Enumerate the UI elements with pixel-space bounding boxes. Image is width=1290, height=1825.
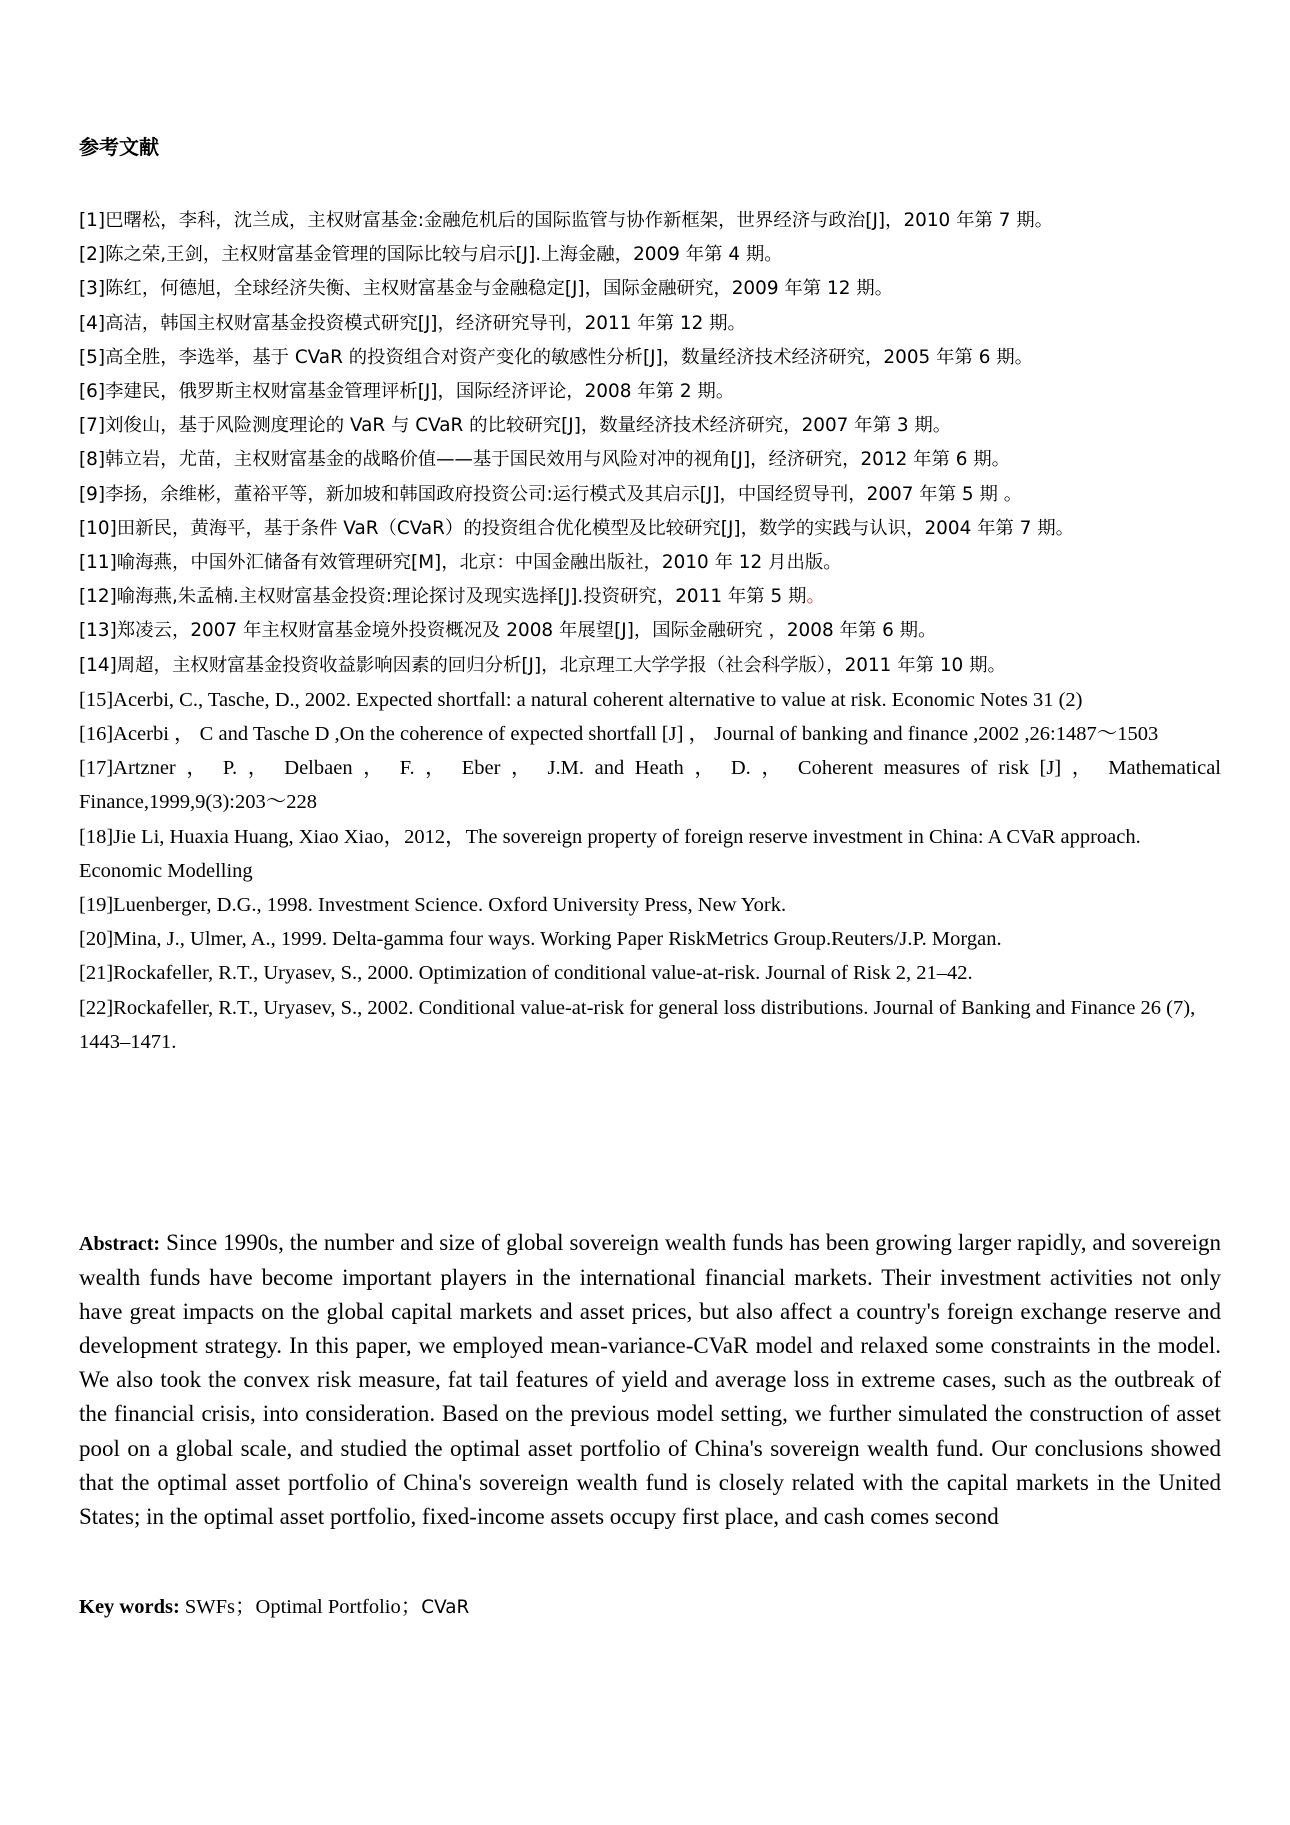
reference-number: [5] xyxy=(79,347,105,368)
keywords-label: Key words: xyxy=(79,1596,180,1618)
reference-item: [5]高全胜，李选举，基于 CVaR 的投资组合对资产变化的敏感性分析[J]，数… xyxy=(79,341,1221,375)
reference-item: [21]Rockafeller, R.T., Uryasev, S., 2000… xyxy=(79,956,1221,990)
reference-text: 李扬，余维彬，董裕平等，新加坡和韩国政府投资公司:运行模式及其启示[J]，中国经… xyxy=(105,484,1022,505)
abstract-label: Abstract: xyxy=(79,1233,160,1255)
reference-number: [12] xyxy=(79,586,117,607)
reference-number: [2] xyxy=(79,244,105,265)
reference-text: Acerbi, C., Tasche, D., 2002. Expected s… xyxy=(113,689,1082,711)
references-heading: 参考文献 xyxy=(79,132,159,162)
reference-text: 陈之荣,王剑，主权财富基金管理的国际比较与启示[J].上海金融，2009 年第 … xyxy=(105,244,783,265)
reference-number: [19] xyxy=(79,894,113,916)
reference-item: [1]巴曙松，李科，沈兰成，主权财富基金:金融危机后的国际监管与协作新框架，世界… xyxy=(79,204,1221,238)
reference-text: 田新民，黄海平，基于条件 VaR（CVaR）的投资组合优化模型及比较研究[J]，… xyxy=(117,518,1074,539)
reference-text: Rockafeller, R.T., Uryasev, S., 2000. Op… xyxy=(113,962,972,984)
keyword-cvar: CVaR xyxy=(421,1597,469,1618)
reference-item: [12]喻海燕,朱孟楠.主权财富基金投资:理论探讨及现实选择[J].投资研究，2… xyxy=(79,580,1221,614)
reference-number: [13] xyxy=(79,620,117,641)
reference-number: [17] xyxy=(79,757,113,779)
reference-text: 高洁，韩国主权财富基金投资模式研究[J]，经济研究导刊，2011 年第 12 期… xyxy=(105,313,746,334)
reference-item: [7]刘俊山，基于风险测度理论的 VaR 与 CVaR 的比较研究[J]，数量经… xyxy=(79,409,1221,443)
keywords-text: SWFs；Optimal Portfolio； xyxy=(180,1596,421,1618)
reference-text: 喻海燕，中国外汇储备有效管理研究[M]，北京：中国金融出版社，2010 年 12… xyxy=(117,552,842,573)
abstract-paragraph: Abstract: Since 1990s, the number and si… xyxy=(79,1226,1221,1534)
reference-number: [8] xyxy=(79,449,105,470)
reference-number: [22] xyxy=(79,997,113,1019)
reference-number: [16] xyxy=(79,723,113,745)
reference-number: [14] xyxy=(79,655,117,676)
reference-number: [18] xyxy=(79,826,113,848)
reference-item: [6]李建民，俄罗斯主权财富基金管理评析[J]，国际经济评论，2008 年第 2… xyxy=(79,375,1221,409)
reference-item: [18]Jie Li, Huaxia Huang, Xiao Xiao，2012… xyxy=(79,820,1221,888)
reference-item: [19]Luenberger, D.G., 1998. Investment S… xyxy=(79,888,1221,922)
red-period-mark: 。 xyxy=(806,586,824,607)
reference-list: [1]巴曙松，李科，沈兰成，主权财富基金:金融危机后的国际监管与协作新框架，世界… xyxy=(79,204,1221,1059)
reference-text: 李建民，俄罗斯主权财富基金管理评析[J]，国际经济评论，2008 年第 2 期。 xyxy=(105,381,734,402)
reference-number: [20] xyxy=(79,928,113,950)
reference-number: [4] xyxy=(79,313,105,334)
reference-item: [9]李扬，余维彬，董裕平等，新加坡和韩国政府投资公司:运行模式及其启示[J]，… xyxy=(79,478,1221,512)
reference-text: Rockafeller, R.T., Uryasev, S., 2002. Co… xyxy=(79,997,1195,1053)
reference-number: [6] xyxy=(79,381,105,402)
reference-item: [13]郑凌云，2007 年主权财富基金境外投资概况及 2008 年展望[J]，… xyxy=(79,614,1221,648)
reference-item: [15]Acerbi, C., Tasche, D., 2002. Expect… xyxy=(79,683,1221,717)
reference-item: [14]周超，主权财富基金投资收益影响因素的回归分析[J]，北京理工大学学报（社… xyxy=(79,649,1221,683)
reference-text: Jie Li, Huaxia Huang, Xiao Xiao，2012，The… xyxy=(79,826,1141,882)
reference-text: 高全胜，李选举，基于 CVaR 的投资组合对资产变化的敏感性分析[J]，数量经济… xyxy=(105,347,1033,368)
reference-text: Luenberger, D.G., 1998. Investment Scien… xyxy=(113,894,786,916)
reference-text: 周超，主权财富基金投资收益影响因素的回归分析[J]，北京理工大学学报（社会科学版… xyxy=(117,655,1006,676)
reference-number: [15] xyxy=(79,689,113,711)
abstract-text: Since 1990s, the number and size of glob… xyxy=(79,1230,1221,1529)
reference-number: [11] xyxy=(79,552,117,573)
reference-number: [7] xyxy=(79,415,105,436)
keywords-line: Key words: SWFs；Optimal Portfolio；CVaR xyxy=(79,1592,1221,1623)
reference-text: 刘俊山，基于风险测度理论的 VaR 与 CVaR 的比较研究[J]，数量经济技术… xyxy=(105,415,951,436)
reference-item: [17]Artzner ， P. ， Delbaen ， F. ， Eber ，… xyxy=(79,751,1221,819)
reference-number: [1] xyxy=(79,210,105,231)
reference-item: [11]喻海燕，中国外汇储备有效管理研究[M]，北京：中国金融出版社，2010 … xyxy=(79,546,1221,580)
reference-text: 巴曙松，李科，沈兰成，主权财富基金:金融危机后的国际监管与协作新框架，世界经济与… xyxy=(105,210,1053,231)
reference-text: Acerbi ， C and Tasche D ,On the coherenc… xyxy=(113,723,1158,745)
reference-item: [8]韩立岩，尤苗，主权财富基金的战略价值——基于国民效用与风险对冲的视角[J]… xyxy=(79,443,1221,477)
reference-item: [22]Rockafeller, R.T., Uryasev, S., 2002… xyxy=(79,991,1221,1059)
reference-text: 郑凌云，2007 年主权财富基金境外投资概况及 2008 年展望[J]，国际金融… xyxy=(117,620,937,641)
reference-number: [3] xyxy=(79,278,105,299)
reference-number: [10] xyxy=(79,518,117,539)
reference-number: [21] xyxy=(79,962,113,984)
reference-item: [2]陈之荣,王剑，主权财富基金管理的国际比较与启示[J].上海金融，2009 … xyxy=(79,238,1221,272)
reference-text: 陈红，何德旭，全球经济失衡、主权财富基金与金融稳定[J]，国际金融研究，2009… xyxy=(105,278,893,299)
reference-number: [9] xyxy=(79,484,105,505)
reference-text: Mina, J., Ulmer, A., 1999. Delta-gamma f… xyxy=(113,928,1001,950)
reference-item: [10]田新民，黄海平，基于条件 VaR（CVaR）的投资组合优化模型及比较研究… xyxy=(79,512,1221,546)
reference-item: [20]Mina, J., Ulmer, A., 1999. Delta-gam… xyxy=(79,922,1221,956)
reference-text: Artzner ， P. ， Delbaen ， F. ， Eber ， J.M… xyxy=(79,757,1221,813)
reference-item: [16]Acerbi ， C and Tasche D ,On the cohe… xyxy=(79,717,1221,751)
reference-item: [3]陈红，何德旭，全球经济失衡、主权财富基金与金融稳定[J]，国际金融研究，2… xyxy=(79,272,1221,306)
reference-text: 韩立岩，尤苗，主权财富基金的战略价值——基于国民效用与风险对冲的视角[J]，经济… xyxy=(105,449,1010,470)
document-page: 参考文献 [1]巴曙松，李科，沈兰成，主权财富基金:金融危机后的国际监管与协作新… xyxy=(0,0,1290,1825)
reference-item: [4]高洁，韩国主权财富基金投资模式研究[J]，经济研究导刊，2011 年第 1… xyxy=(79,307,1221,341)
reference-text: 喻海燕,朱孟楠.主权财富基金投资:理论探讨及现实选择[J].投资研究，2011 … xyxy=(117,586,807,607)
